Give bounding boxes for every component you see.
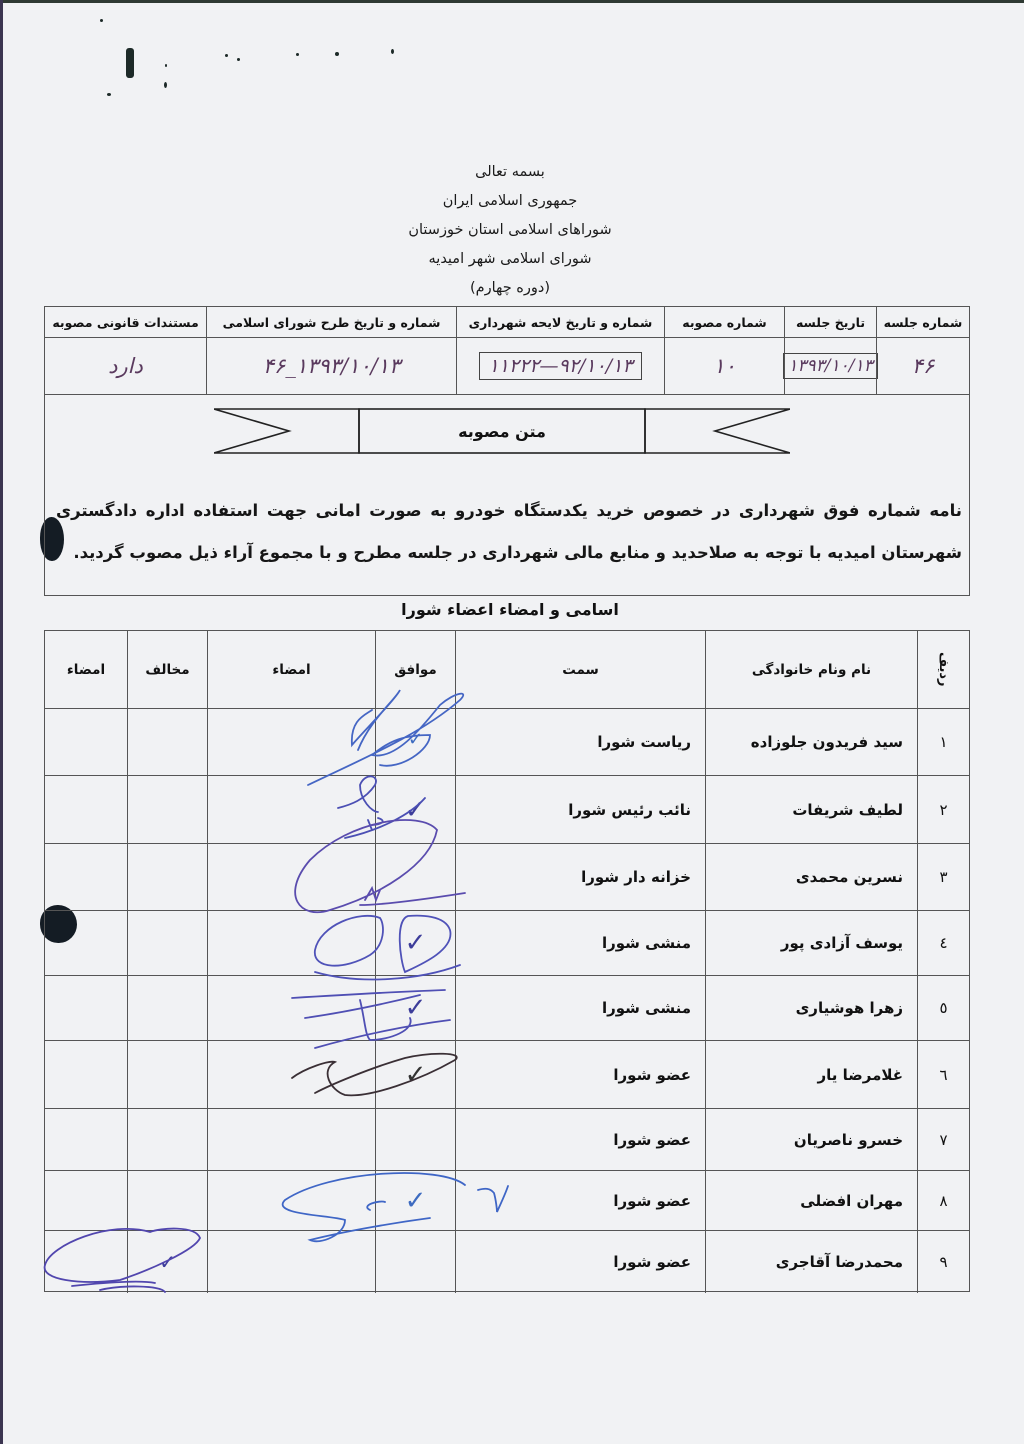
oppose-cell (127, 1041, 207, 1108)
member-role: ریاست شورا (455, 709, 705, 775)
member-role: نائب رئیس شورا (455, 776, 705, 843)
row-index: ۲ (917, 776, 969, 843)
checkmark-icon: ✓ (405, 928, 427, 958)
checkmark-icon: ✓ (405, 993, 427, 1023)
checkmark-icon: ✓ (405, 795, 427, 825)
signature-cell (207, 1171, 375, 1230)
signature-cell-oppose (45, 1109, 127, 1170)
col-sign-oppose: امضاء (45, 631, 127, 708)
signature-cell (207, 1109, 375, 1170)
col-session-number: شماره جلسه (876, 307, 969, 337)
col-resolution-number: شماره مصوبه (664, 307, 784, 337)
cell-legal-basis: دارد (45, 337, 206, 394)
members-header-row: ردیف نام ونام خانوادگی سمت موافق امضاء م… (45, 631, 969, 709)
checkmark-icon: ✓ (408, 729, 423, 750)
agree-cell: ✓ (375, 976, 455, 1040)
cell-resolution-number: ۱۰ (664, 337, 784, 394)
col-role: سمت (455, 631, 705, 708)
signature-cell-oppose (45, 844, 127, 910)
member-role: خزانه دار شورا (455, 844, 705, 910)
agree-cell (375, 1231, 455, 1293)
signature-cell (207, 976, 375, 1040)
signature-cell (207, 776, 375, 843)
session-date-value: ۱۳۹۳/۱۰/۱۳ (783, 353, 878, 379)
header-province-councils: شوراهای اسلامی استان خوزستان (300, 216, 720, 245)
member-name: یوسف آزادی پور (705, 911, 917, 975)
header-term: (دوره چهارم) (300, 274, 720, 303)
row-index: ۷ (917, 1109, 969, 1170)
oppose-cell (127, 776, 207, 843)
col-legal-basis: مستندات قانونی مصوبه (45, 307, 206, 337)
col-oppose: مخالف (127, 631, 207, 708)
resolution-title-ribbon: متن مصوبه (214, 408, 790, 454)
col-index: ردیف (917, 631, 969, 708)
oppose-cell (127, 911, 207, 975)
oppose-cell (127, 976, 207, 1040)
members-title: اسامی و امضاء اعضاء شورا (300, 600, 720, 619)
row-index: ٤ (917, 911, 969, 975)
table-row: ۳ نسرین محمدی خزانه دار شورا (45, 844, 969, 911)
table-row: ۷ خسرو ناصریان عضو شورا (45, 1109, 969, 1171)
table-row: ۲ لطیف شریفات نائب رئیس شورا ✓ (45, 776, 969, 844)
agree-cell: ✓ (375, 776, 455, 843)
resolution-title: متن مصوبه (359, 408, 645, 454)
table-row: ٤ یوسف آزادی پور منشی شورا ✓ (45, 911, 969, 976)
row-index: ٦ (917, 1041, 969, 1108)
checkmark-icon: ✓ (159, 1250, 176, 1274)
member-name: مهران افضلی (705, 1171, 917, 1230)
letterhead: بسمه تعالی جمهوری اسلامی ایران شوراهای ا… (300, 158, 720, 303)
signature-cell-oppose (45, 1171, 127, 1230)
cell-municipal-bill: ۹۲/۱۰/۱۳—۱۱۲۲۲ (456, 337, 664, 394)
col-municipal-bill: شماره و تاریخ لایحه شهرداری (456, 307, 664, 337)
col-sign-agree: امضاء (207, 631, 375, 708)
oppose-cell (127, 844, 207, 910)
signature-cell-oppose (45, 911, 127, 975)
row-index: ۱ (917, 709, 969, 775)
agree-cell: ✓ (375, 1041, 455, 1108)
signature-cell-oppose (45, 976, 127, 1040)
member-name: سید فریدون جلوزاده (705, 709, 917, 775)
oppose-cell (127, 709, 207, 775)
council-plan-value: ۱۳۹۳/۱۰/۱۳_۴۶ (263, 354, 400, 378)
col-session-date: تاریخ جلسه (784, 307, 876, 337)
agree-cell: ✓ (375, 709, 455, 775)
row-index: ٥ (917, 976, 969, 1040)
table-row: ٦ غلامرضا یار عضو شورا ✓ (45, 1041, 969, 1109)
member-name: خسرو ناصریان (705, 1109, 917, 1170)
signature-cell-oppose (45, 709, 127, 775)
header-city-council: شورای اسلامی شهر امیدیه (300, 245, 720, 274)
resolution-number-value: ۱۰ (713, 354, 736, 378)
agree-cell (375, 1109, 455, 1170)
oppose-cell (127, 1171, 207, 1230)
member-role: عضو شورا (455, 1231, 705, 1293)
col-name: نام ونام خانوادگی (705, 631, 917, 708)
member-role: عضو شورا (455, 1041, 705, 1108)
col-agree: موافق (375, 631, 455, 708)
member-role: منشی شورا (455, 976, 705, 1040)
resolution-text: نامه شماره فوق شهرداری در خصوص خرید یکدس… (56, 490, 962, 574)
member-name: غلامرضا یار (705, 1041, 917, 1108)
info-table-header-row: شماره جلسه تاریخ جلسه شماره مصوبه شماره … (45, 307, 969, 338)
member-name: محمدرضا آقاجری (705, 1231, 917, 1293)
municipal-bill-value: ۹۲/۱۰/۱۳—۱۱۲۲۲ (479, 352, 641, 380)
member-role: منشی شورا (455, 911, 705, 975)
legal-basis-value: دارد (108, 354, 143, 378)
signature-cell (207, 911, 375, 975)
agree-cell (375, 844, 455, 910)
scan-edge-left (0, 0, 3, 1444)
table-row: ۹ محمدرضا آقاجری عضو شورا ✓ (45, 1231, 969, 1293)
member-role: عضو شورا (455, 1171, 705, 1230)
header-invocation: بسمه تعالی (300, 158, 720, 187)
member-name: لطیف شریفات (705, 776, 917, 843)
checkmark-icon: ✓ (405, 1186, 427, 1216)
signature-cell-oppose (45, 776, 127, 843)
info-table-values-row: ۴۶ ۱۳۹۳/۱۰/۱۳ ۱۰ ۹۲/۱۰/۱۳—۱۱۲۲۲ ۱۳۹۳/۱۰/… (45, 337, 969, 395)
cell-council-plan: ۱۳۹۳/۱۰/۱۳_۴۶ (206, 337, 456, 394)
member-role: عضو شورا (455, 1109, 705, 1170)
agree-cell: ✓ (375, 911, 455, 975)
row-index: ۹ (917, 1231, 969, 1293)
signature-cell (207, 1041, 375, 1108)
agree-cell: ✓ (375, 1171, 455, 1230)
row-index: ۳ (917, 844, 969, 910)
signature-cell (207, 709, 375, 775)
cell-session-number: ۴۶ (876, 337, 969, 394)
signature-cell-oppose (45, 1231, 127, 1293)
checkmark-icon: ✓ (405, 1060, 427, 1090)
table-row: ۱ سید فریدون جلوزاده ریاست شورا ✓ (45, 709, 969, 776)
signature-cell-oppose (45, 1041, 127, 1108)
cell-session-date: ۱۳۹۳/۱۰/۱۳ (784, 337, 876, 394)
oppose-cell: ✓ (127, 1231, 207, 1293)
members-table: ردیف نام ونام خانوادگی سمت موافق امضاء م… (44, 630, 970, 1292)
member-name: زهرا هوشیاری (705, 976, 917, 1040)
member-name: نسرین محمدی (705, 844, 917, 910)
signature-cell (207, 1231, 375, 1293)
header-country: جمهوری اسلامی ایران (300, 187, 720, 216)
col-index-label: ردیف (936, 652, 951, 687)
table-row: ۸ مهران افضلی عضو شورا ✓ (45, 1171, 969, 1231)
row-index: ۸ (917, 1171, 969, 1230)
oppose-cell (127, 1109, 207, 1170)
scan-edge-top (0, 0, 1024, 3)
signature-cell (207, 844, 375, 910)
session-number-value: ۴۶ (912, 354, 935, 378)
table-row: ٥ زهرا هوشیاری منشی شورا ✓ (45, 976, 969, 1041)
col-council-plan: شماره و تاریخ طرح شورای اسلامی (206, 307, 456, 337)
